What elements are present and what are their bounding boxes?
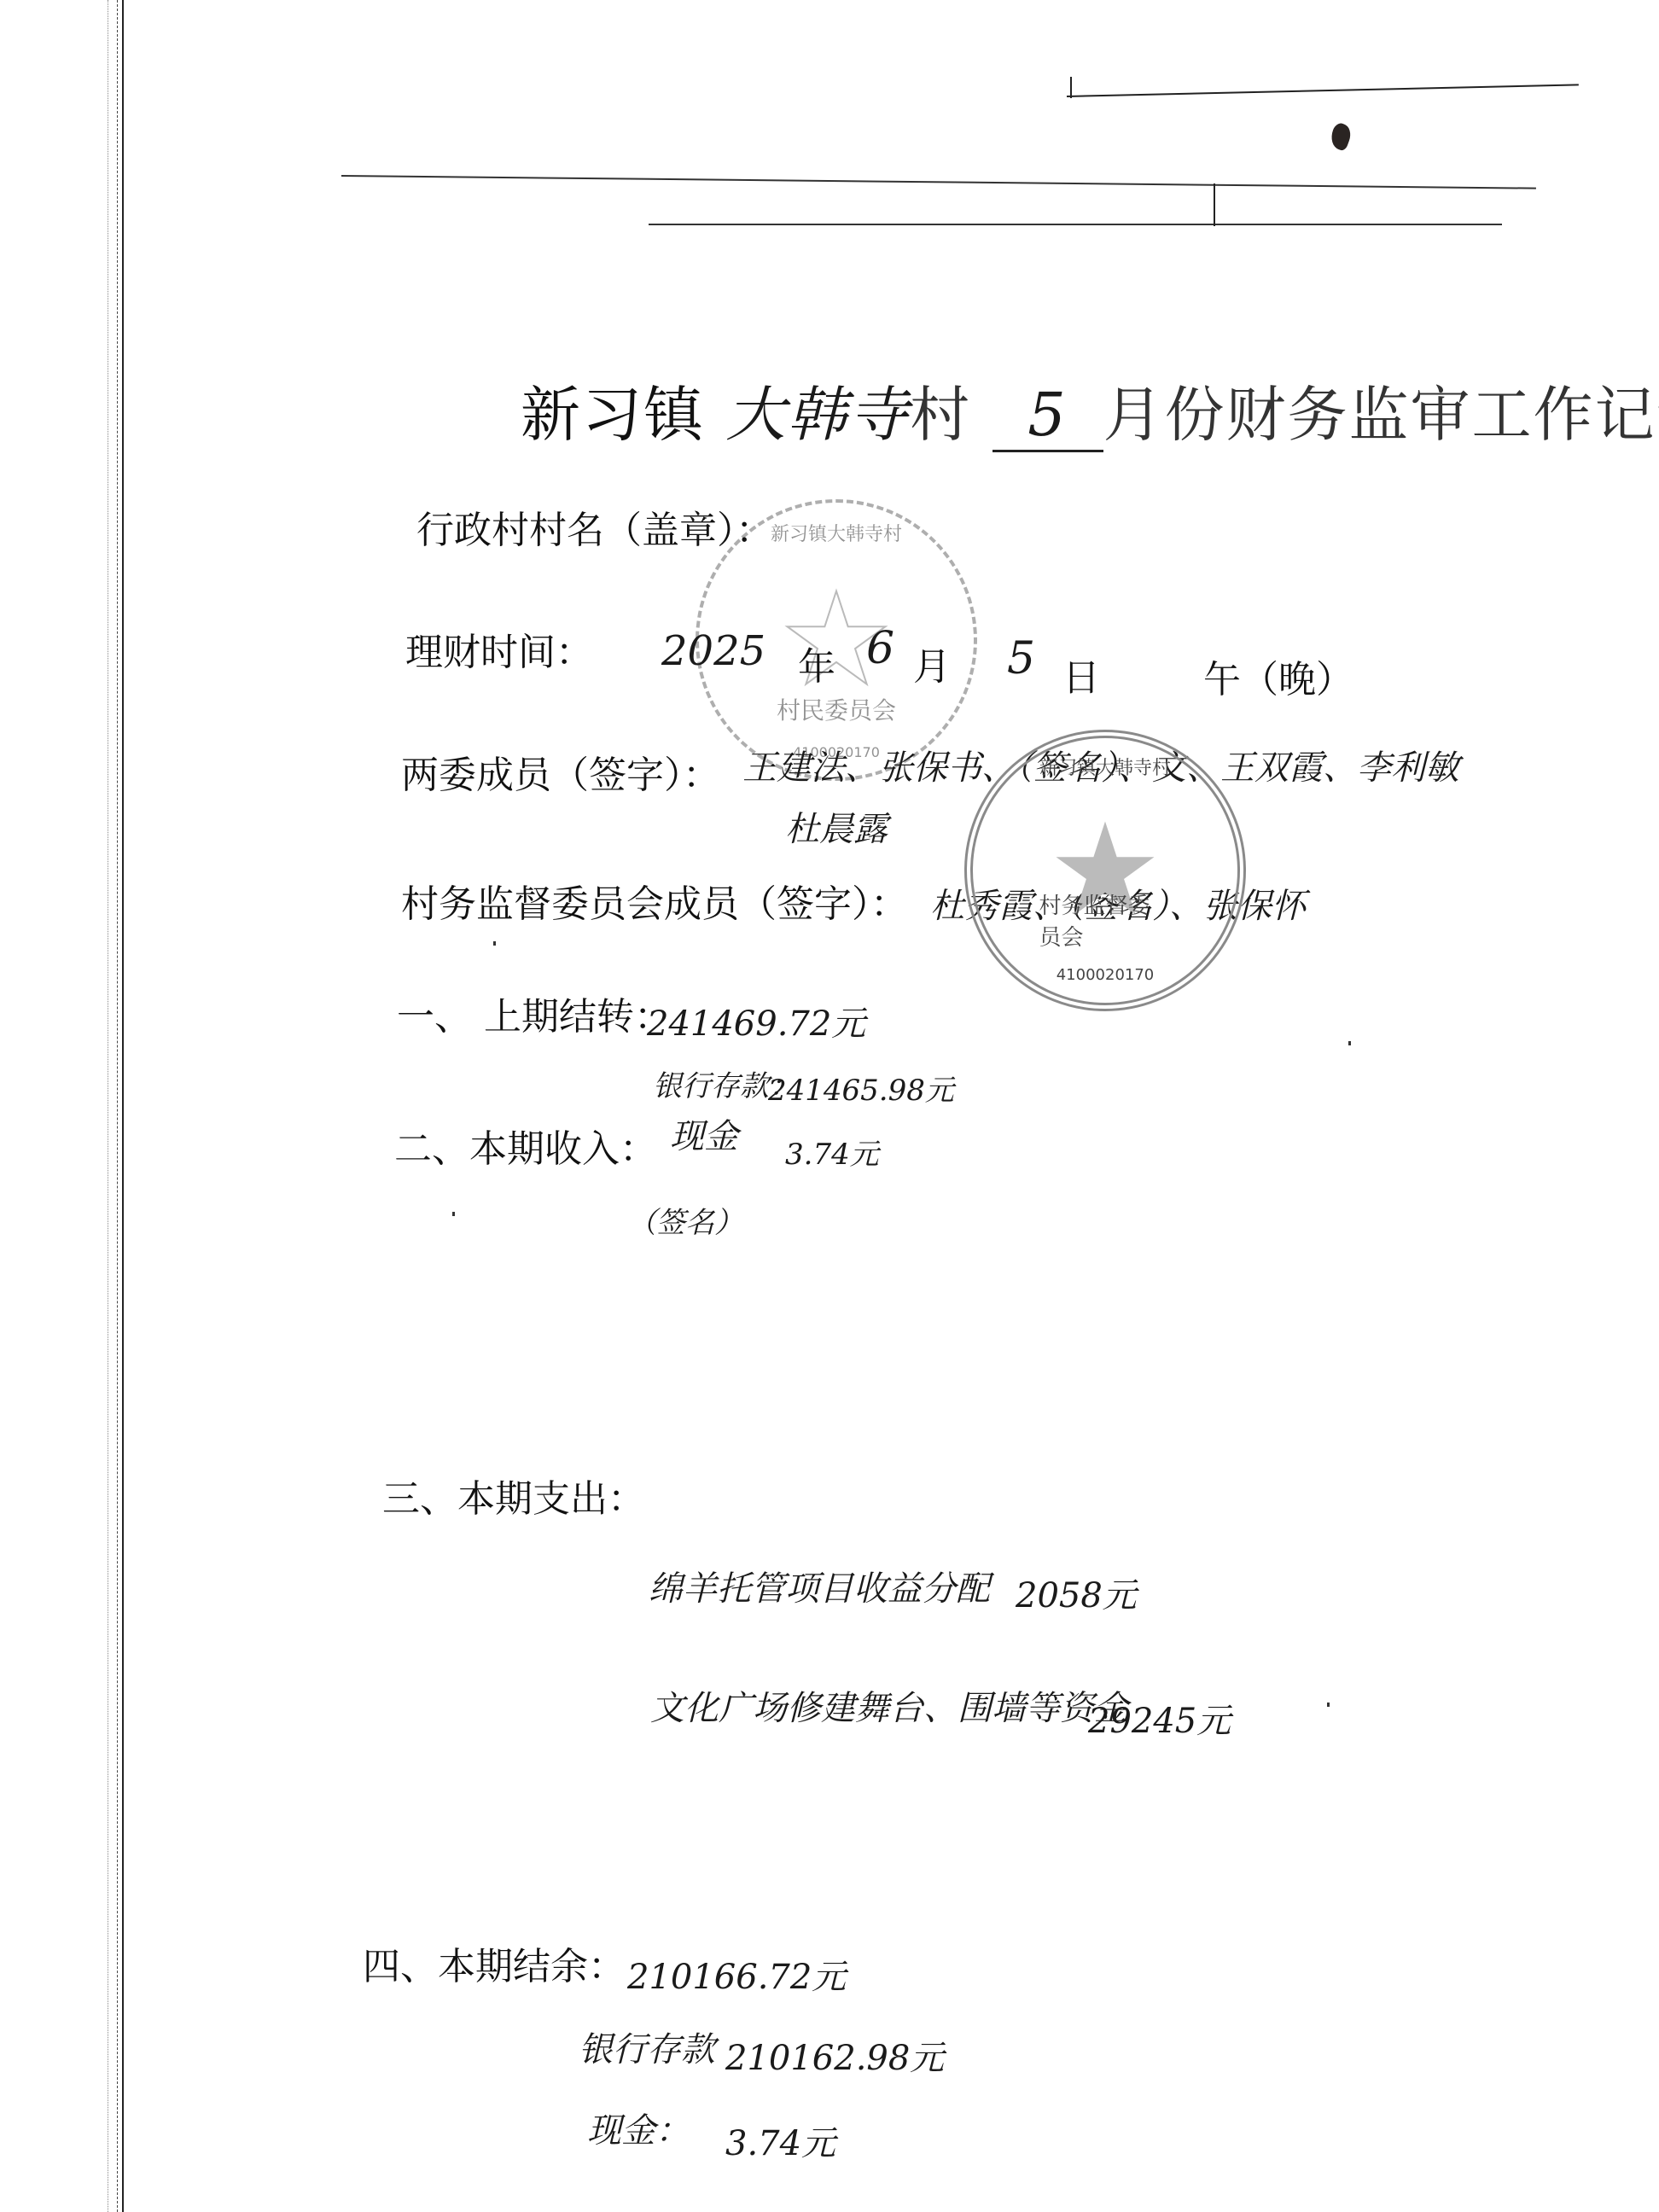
scan-speck xyxy=(452,1212,455,1216)
expense-item-2-label: 文化广场修建舞台、围墙等资金 xyxy=(650,1681,1128,1730)
title-town: 新习镇 xyxy=(521,380,705,450)
stamp-ring-text: 新习镇大韩寺村 xyxy=(771,520,902,546)
finance-day-unit: 日 xyxy=(1062,647,1100,701)
scan-artifact-line xyxy=(649,224,1502,225)
stamp-code: 4100020170 xyxy=(1057,966,1155,984)
supervision-committee-stamp: 新习镇大韩寺村 ★ 村务监督委员会 4100020170 xyxy=(964,730,1246,1011)
section-carryover-label: 一、 上期结转： xyxy=(397,986,672,1040)
income-cash-value: 3.74元 xyxy=(785,1131,879,1173)
section-balance-value: 210166.72元 xyxy=(627,1950,846,1999)
finance-period-unit: 午（晚） xyxy=(1203,649,1353,703)
scan-speck xyxy=(1327,1703,1330,1707)
carryover-bank-value: 241465.98元 xyxy=(768,1067,954,1109)
scan-artifact-tick xyxy=(1070,77,1072,98)
scan-speck xyxy=(493,941,496,946)
balance-cash-label: 现金： xyxy=(587,2104,690,2152)
finance-time-label: 理财时间： xyxy=(405,621,593,676)
title-village-handwritten: 大韩寺 xyxy=(725,380,910,450)
supervision-label: 村务监督委员会成员（签字）： xyxy=(401,873,908,928)
section-income-label: 二、本期收入： xyxy=(394,1118,657,1173)
section-carryover-value: 241469.72元 xyxy=(647,997,865,1045)
two-committees-signatures-line2: 杜晨露 xyxy=(785,802,888,851)
scan-margin-line xyxy=(122,0,124,2212)
balance-bank-label: 银行存款 xyxy=(579,2023,715,2071)
finance-month: 6 xyxy=(866,623,894,674)
stamp-ring-text: 新习镇大韩寺村 xyxy=(1039,754,1171,780)
title-month-handwritten: 5 xyxy=(992,380,1103,452)
section-balance-label: 四、本期结余： xyxy=(363,1935,626,1990)
expense-item-1-label: 绵羊托管项目收益分配 xyxy=(649,1562,990,1610)
income-cash-label: 现金 xyxy=(670,1109,738,1158)
village-name-label: 行政村村名（盖章）： xyxy=(416,499,773,554)
ink-blot xyxy=(1328,121,1354,152)
scan-margin-line xyxy=(117,0,118,2212)
scan-artifact-tick xyxy=(1214,183,1215,226)
expense-item-2-value: 29245元 xyxy=(1088,1694,1231,1743)
finance-year-unit: 年 xyxy=(798,636,835,690)
finance-day: 5 xyxy=(1007,633,1035,684)
finance-month-unit: 月 xyxy=(913,636,951,690)
finance-year: 2025 xyxy=(661,627,765,675)
expense-item-1-value: 2058元 xyxy=(1016,1569,1137,1617)
title-rest: 月份财务监审工作记录 xyxy=(1103,380,1659,450)
scan-artifact-line xyxy=(341,175,1536,189)
balance-cash-value: 3.74元 xyxy=(725,2116,835,2165)
scan-margin-line xyxy=(108,0,108,2212)
section-expense-label: 三、本期支出： xyxy=(382,1468,645,1522)
stamp-bottom-text: 村民委员会 xyxy=(777,692,896,726)
stamp-bottom-text: 村务监督委员会 xyxy=(1039,888,1172,952)
title-village-suffix: 村 xyxy=(910,380,971,450)
income-signature: （签名） xyxy=(627,1199,743,1241)
document-title: 新习镇 大韩寺村 5月份财务监审工作记录 xyxy=(521,367,1659,453)
balance-bank-value: 210162.98元 xyxy=(725,2031,944,2080)
scan-speck xyxy=(1348,1041,1351,1045)
scan-artifact-line xyxy=(1067,84,1579,97)
two-committees-label: 两委成员（签字）： xyxy=(401,744,720,799)
